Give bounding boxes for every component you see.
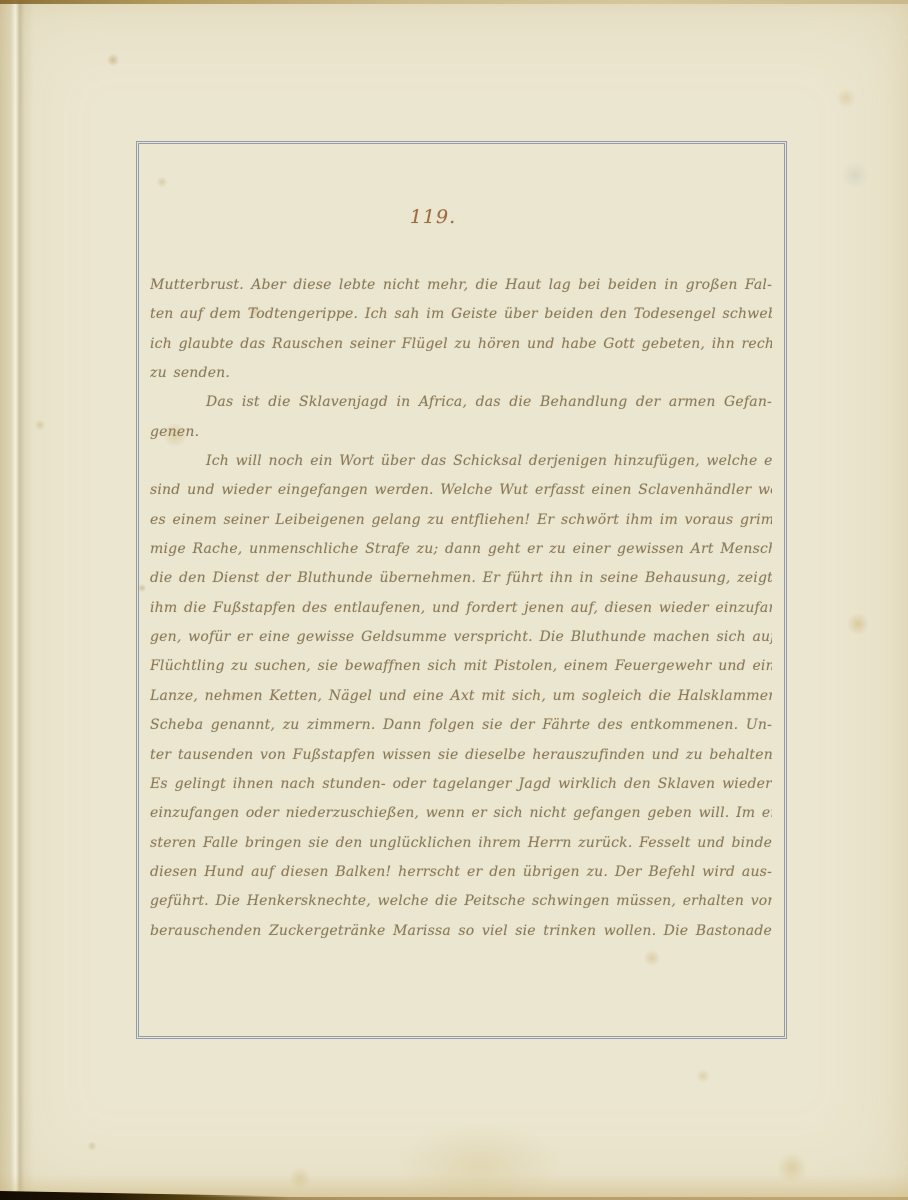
binding-crease	[0, 0, 34, 1200]
manuscript-line: einzufangen oder niederzuschießen, wenn …	[150, 799, 772, 828]
manuscript-line: Lanze, nehmen Ketten, Nägel und eine Axt…	[150, 682, 772, 711]
manuscript-line: geführt. Die Henkersknechte, welche die …	[150, 887, 772, 916]
manuscript-line: zu senden.	[150, 359, 772, 388]
manuscript-line: berauschenden Zuckergetränke Marissa so …	[150, 917, 772, 946]
manuscript-line: Das ist die Sklavenjagd in Africa, das d…	[150, 388, 772, 417]
manuscript-line: Ich will noch ein Wort über das Schicksa…	[150, 447, 772, 476]
manuscript-line: mige Rache, unmenschliche Strafe zu; dan…	[150, 535, 772, 564]
manuscript-line: die den Dienst der Bluthunde übernehmen.…	[150, 564, 772, 593]
manuscript-line: Scheba genannt, zu zimmern. Dann folgen …	[150, 711, 772, 740]
page-number: 119.	[150, 206, 716, 228]
manuscript-line: es einem seiner Leibeigenen gelang zu en…	[150, 506, 772, 535]
manuscript-line: diesen Hund auf diesen Balken! herrscht …	[150, 858, 772, 887]
manuscript-line: ich glaubte das Rauschen seiner Flügel z…	[150, 330, 772, 359]
manuscript-page: 119. Mutterbrust. Aber diese lebte nicht…	[0, 0, 908, 1200]
manuscript-line: Mutterbrust. Aber diese lebte nicht mehr…	[150, 271, 772, 300]
manuscript-line: genen.	[150, 418, 772, 447]
page-top-edge	[0, 0, 908, 4]
manuscript-line: Flüchtling zu suchen, sie bewaffnen sich…	[150, 652, 772, 681]
manuscript-text: Mutterbrust. Aber diese lebte nicht mehr…	[150, 271, 772, 946]
manuscript-line: steren Falle bringen sie den unglücklich…	[150, 829, 772, 858]
manuscript-line: gen, wofür er eine gewisse Geldsumme ver…	[150, 623, 772, 652]
manuscript-line: ihm die Fußstapfen des entlaufenen, und …	[150, 594, 772, 623]
manuscript-line: ter tausenden von Fußstapfen wissen sie …	[150, 741, 772, 770]
manuscript-line: ten auf dem Todtengerippe. Ich sah im Ge…	[150, 300, 772, 329]
manuscript-line: Es gelingt ihnen nach stunden- oder tage…	[150, 770, 772, 799]
manuscript-line: sind und wieder eingefangen werden. Welc…	[150, 476, 772, 505]
